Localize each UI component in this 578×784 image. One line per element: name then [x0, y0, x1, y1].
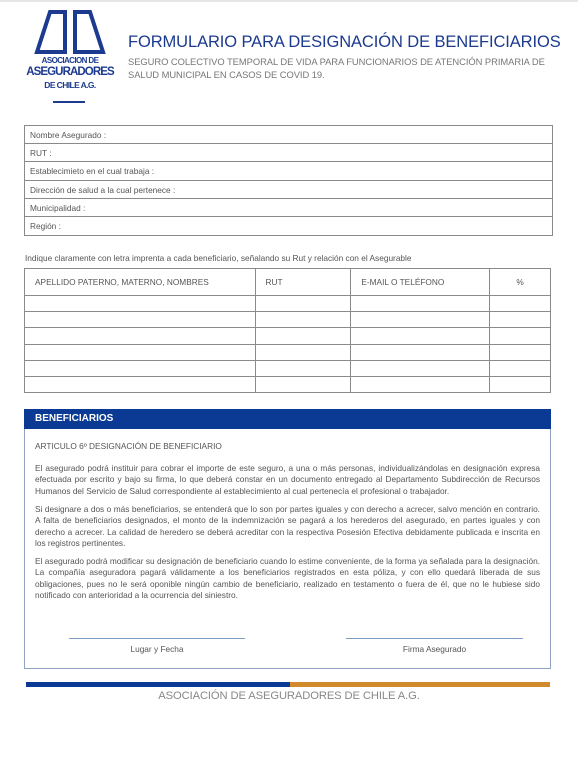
- panel-header: BENEFICIARIOS: [24, 409, 551, 429]
- cell-percent[interactable]: [490, 312, 551, 328]
- cell-percent[interactable]: [490, 328, 551, 344]
- logo-columns-icon: [34, 10, 106, 54]
- table-row: [25, 376, 551, 392]
- field-label: Dirección de salud a la cual pertenece :: [30, 185, 175, 195]
- cell-contact[interactable]: [351, 344, 490, 360]
- field-label: Región :: [30, 221, 61, 231]
- table-row: [25, 312, 551, 328]
- cell-contact[interactable]: [351, 312, 490, 328]
- field-label: Establecimieto en el cual trabaja :: [30, 166, 154, 176]
- field-health-direction[interactable]: Dirección de salud a la cual pertenece :: [25, 181, 552, 199]
- cell-rut[interactable]: [255, 296, 351, 312]
- column-header-percent: %: [490, 269, 551, 296]
- panel-heading: BENEFICIARIOS: [35, 413, 113, 424]
- page-subtitle: SEGURO COLECTIVO TEMPORAL DE VIDA PARA F…: [128, 55, 568, 81]
- cell-names[interactable]: [25, 360, 256, 376]
- cell-rut[interactable]: [255, 360, 351, 376]
- signature-line-insured[interactable]: [346, 638, 523, 639]
- page-title: FORMULARIO PARA DESIGNACIÓN DE BENEFICIA…: [128, 33, 561, 52]
- cell-percent[interactable]: [490, 296, 551, 312]
- logo-text-line1: ASOCIACION DE: [20, 56, 120, 65]
- column-header-rut: RUT: [255, 269, 351, 296]
- cell-contact[interactable]: [351, 296, 490, 312]
- cell-names[interactable]: [25, 328, 256, 344]
- table-row: [25, 328, 551, 344]
- beneficiaries-table: APELLIDO PATERNO, MATERNO, NOMBRES RUT E…: [24, 268, 551, 393]
- cell-names[interactable]: [25, 376, 256, 392]
- signature-label-insured: Firma Asegurado: [346, 644, 523, 654]
- cell-contact[interactable]: [351, 328, 490, 344]
- footer-bar-orange: [290, 682, 550, 687]
- top-border: [0, 0, 578, 2]
- cell-percent[interactable]: [490, 376, 551, 392]
- cell-contact[interactable]: [351, 360, 490, 376]
- table-row: [25, 296, 551, 312]
- logo: ASOCIACION DE ASEGURADORES DE CHILE A.G.: [20, 10, 120, 100]
- column-header-contact: E-MAIL O TELÉFONO: [351, 269, 490, 296]
- signature-label-place-date: Lugar y Fecha: [69, 644, 245, 654]
- cell-names[interactable]: [25, 312, 256, 328]
- table-header-row: APELLIDO PATERNO, MATERNO, NOMBRES RUT E…: [25, 269, 551, 296]
- field-municipality[interactable]: Municipalidad :: [25, 199, 552, 217]
- cell-rut[interactable]: [255, 312, 351, 328]
- table-row: [25, 360, 551, 376]
- cell-names[interactable]: [25, 296, 256, 312]
- logo-text-line2: ASEGURADORES: [20, 66, 120, 78]
- article-paragraph-2: Si designare a dos o más beneficiarios, …: [35, 504, 540, 549]
- article-title: ARTICULO 6º DESIGNACIÓN DE BENEFICIARIO: [35, 441, 222, 451]
- field-workplace[interactable]: Establecimieto en el cual trabaja :: [25, 162, 552, 180]
- cell-rut[interactable]: [255, 328, 351, 344]
- field-insured-name[interactable]: Nombre Asegurado :: [25, 126, 552, 144]
- field-label: Nombre Asegurado :: [30, 130, 106, 140]
- article-paragraph-1: El asegurado podrá instituir para cobrar…: [35, 463, 540, 497]
- logo-underline: [53, 101, 85, 103]
- footer-text: ASOCIACIÓN DE ASEGURADORES DE CHILE A.G.: [0, 690, 578, 702]
- insured-info-table: Nombre Asegurado : RUT : Establecimieto …: [24, 125, 553, 236]
- field-rut[interactable]: RUT :: [25, 144, 552, 162]
- cell-names[interactable]: [25, 344, 256, 360]
- signature-line-place-date[interactable]: [69, 638, 245, 639]
- footer-bar-blue: [26, 682, 290, 687]
- cell-contact[interactable]: [351, 376, 490, 392]
- cell-rut[interactable]: [255, 376, 351, 392]
- column-header-names: APELLIDO PATERNO, MATERNO, NOMBRES: [25, 269, 256, 296]
- cell-percent[interactable]: [490, 344, 551, 360]
- field-region[interactable]: Región :: [25, 217, 552, 235]
- instruction-text: Indique claramente con letra imprenta a …: [25, 253, 412, 263]
- article-paragraph-3: El asegurado podrá modificar su designac…: [35, 556, 540, 601]
- cell-rut[interactable]: [255, 344, 351, 360]
- field-label: RUT :: [30, 148, 52, 158]
- field-label: Municipalidad :: [30, 203, 85, 213]
- logo-text-line3: DE CHILE A.G.: [20, 80, 120, 90]
- table-row: [25, 344, 551, 360]
- beneficiarios-panel: BENEFICIARIOS ARTICULO 6º DESIGNACIÓN DE…: [24, 409, 551, 669]
- cell-percent[interactable]: [490, 360, 551, 376]
